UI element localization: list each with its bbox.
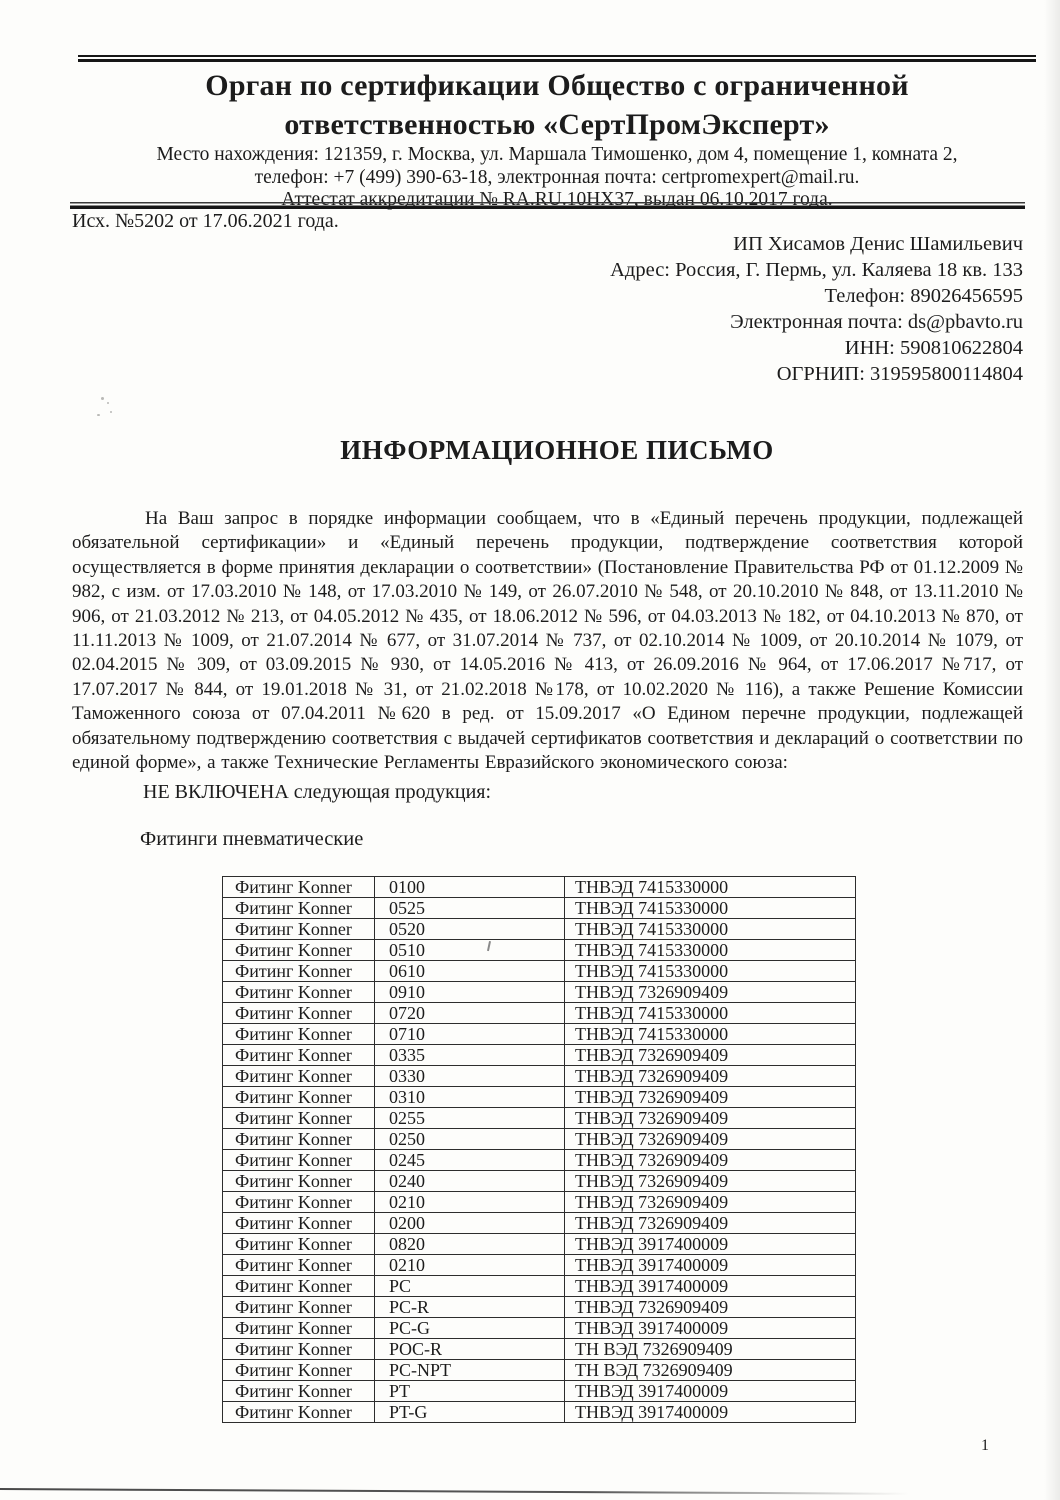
table-cell: Фитинг Konner <box>223 1339 375 1360</box>
table-cell: ТНВЭД 7326909409 <box>565 1087 856 1108</box>
table-row: Фитинг Konner0310ТНВЭД 7326909409 <box>223 1087 856 1108</box>
table-cell: Фитинг Konner <box>223 919 375 940</box>
table-cell: Фитинг Konner <box>223 1171 375 1192</box>
recipient-inn: ИНН: 590810622804 <box>463 335 1023 361</box>
table-row: Фитинг KonnerPOC-RТН ВЭД 7326909409 <box>223 1339 856 1360</box>
table-cell: Фитинг Konner <box>223 1087 375 1108</box>
table-cell: ТНВЭД 7415330000 <box>565 877 856 898</box>
table-cell: PC-NPT <box>375 1360 565 1381</box>
table-cell: 0520 <box>375 919 565 940</box>
table-cell: 0210 <box>375 1255 565 1276</box>
table-cell: Фитинг Konner <box>223 1234 375 1255</box>
table-row: Фитинг Konner0245ТНВЭД 7326909409 <box>223 1150 856 1171</box>
table-cell: ТНВЭД 7326909409 <box>565 1192 856 1213</box>
recipient-name: ИП Хисамов Денис Шамильевич <box>463 231 1023 257</box>
table-row: Фитинг Konner0330ТНВЭД 7326909409 <box>223 1066 856 1087</box>
table-cell: Фитинг Konner <box>223 1024 375 1045</box>
table-row: Фитинг Konner0720ТНВЭД 7415330000 <box>223 1003 856 1024</box>
table-cell: POC-R <box>375 1339 565 1360</box>
letterhead-bottom-rule <box>70 202 1025 209</box>
scan-bottom-edge-artifact <box>0 1488 909 1495</box>
table-row: Фитинг Konner0520ТНВЭД 7415330000 <box>223 919 856 940</box>
table-cell: 0610 <box>375 961 565 982</box>
table-cell: Фитинг Konner <box>223 1129 375 1150</box>
body-paragraph: На Ваш запрос в порядке информации сообщ… <box>72 507 1023 775</box>
table-cell: Фитинг Konner <box>223 940 375 961</box>
table-cell: Фитинг Konner <box>223 1297 375 1318</box>
table-cell: Фитинг Konner <box>223 1276 375 1297</box>
org-name-line1: Орган по сертификации Общество с огранич… <box>78 66 1036 105</box>
table-cell: 0310 <box>375 1087 565 1108</box>
table-cell: 0200 <box>375 1213 565 1234</box>
recipient-address: Адрес: Россия, Г. Пермь, ул. Каляева 18 … <box>463 257 1023 283</box>
letterhead: Орган по сертификации Общество с огранич… <box>78 66 1036 212</box>
table-cell: ТНВЭД 7415330000 <box>565 940 856 961</box>
table-row: Фитинг Konner0710ТНВЭД 7415330000 <box>223 1024 856 1045</box>
table-cell: 0335 <box>375 1045 565 1066</box>
org-name-line2: ответственностью «СертПромЭксперт» <box>78 105 1036 144</box>
table-cell: ТНВЭД 3917400009 <box>565 1402 856 1423</box>
table-cell: Фитинг Konner <box>223 877 375 898</box>
table-cell: Фитинг Konner <box>223 1318 375 1339</box>
table-row: Фитинг Konner0510ТНВЭД 7415330000 <box>223 940 856 961</box>
table-row: Фитинг Konner0820ТНВЭД 3917400009 <box>223 1234 856 1255</box>
scan-speck-artifact <box>97 414 100 416</box>
table-cell: ТНВЭД 3917400009 <box>565 1381 856 1402</box>
table-cell: 0240 <box>375 1171 565 1192</box>
table-row: Фитинг Konner0610ТНВЭД 7415330000 <box>223 961 856 982</box>
table-cell: ТНВЭД 7415330000 <box>565 961 856 982</box>
table-cell: Фитинг Konner <box>223 961 375 982</box>
table-cell: Фитинг Konner <box>223 1108 375 1129</box>
table-cell: ТНВЭД 7326909409 <box>565 1066 856 1087</box>
table-cell: Фитинг Konner <box>223 982 375 1003</box>
table-cell: 0525 <box>375 898 565 919</box>
not-included-line: НЕ ВКЛЮЧЕНА следующая продукция: <box>143 781 491 804</box>
table-cell: ТН ВЭД 7326909409 <box>565 1339 856 1360</box>
table-cell: Фитинг Konner <box>223 1402 375 1423</box>
table-cell: ТНВЭД 7415330000 <box>565 919 856 940</box>
table-row: Фитинг KonnerPC-RТНВЭД 7326909409 <box>223 1297 856 1318</box>
table-cell: 0710 <box>375 1024 565 1045</box>
table-row: Фитинг Konner0240ТНВЭД 7326909409 <box>223 1171 856 1192</box>
table-cell: ТНВЭД 3917400009 <box>565 1318 856 1339</box>
scan-speck-artifact <box>101 397 104 400</box>
table-cell: ТНВЭД 3917400009 <box>565 1276 856 1297</box>
table-row: Фитинг KonnerPCТНВЭД 3917400009 <box>223 1276 856 1297</box>
scan-speck-artifact <box>110 411 112 413</box>
table-cell: ТН ВЭД 7326909409 <box>565 1360 856 1381</box>
table-cell: Фитинг Konner <box>223 1360 375 1381</box>
table-row: Фитинг Konner0210ТНВЭД 7326909409 <box>223 1192 856 1213</box>
table-cell: ТНВЭД 7415330000 <box>565 1024 856 1045</box>
table-row: Фитинг Konner0210ТНВЭД 3917400009 <box>223 1255 856 1276</box>
table-cell: Фитинг Konner <box>223 1150 375 1171</box>
org-contact-line: телефон: +7 (499) 390-63-18, электронная… <box>78 167 1036 190</box>
table-cell: ТНВЭД 7326909409 <box>565 1108 856 1129</box>
table-cell: 0100 <box>375 877 565 898</box>
table-cell: Фитинг Konner <box>223 1255 375 1276</box>
table-row: Фитинг KonnerPC-GТНВЭД 3917400009 <box>223 1318 856 1339</box>
table-row: Фитинг Konner0250ТНВЭД 7326909409 <box>223 1129 856 1150</box>
recipient-block: ИП Хисамов Денис Шамильевич Адрес: Росси… <box>463 231 1023 387</box>
table-cell: 0255 <box>375 1108 565 1129</box>
outgoing-reference: Исх. №5202 от 17.06.2021 года. <box>72 210 339 233</box>
table-cell: PC <box>375 1276 565 1297</box>
table-row: Фитинг KonnerPTТНВЭД 3917400009 <box>223 1381 856 1402</box>
table-cell: 0250 <box>375 1129 565 1150</box>
table-cell: ТНВЭД 7326909409 <box>565 1045 856 1066</box>
table-row: Фитинг Konner0100ТНВЭД 7415330000 <box>223 877 856 898</box>
table-cell: ТНВЭД 7326909409 <box>565 982 856 1003</box>
table-cell: PC-G <box>375 1318 565 1339</box>
table-row: Фитинг KonnerPT-GТНВЭД 3917400009 <box>223 1402 856 1423</box>
page-number: 1 <box>981 1437 989 1455</box>
table-cell: ТНВЭД 7326909409 <box>565 1171 856 1192</box>
table-cell: 0245 <box>375 1150 565 1171</box>
letterhead-top-rule <box>78 55 1036 62</box>
scanned-letter-page: Орган по сертификации Общество с огранич… <box>0 0 1060 1500</box>
table-cell: 0330 <box>375 1066 565 1087</box>
table-row: Фитинг Konner0525ТНВЭД 7415330000 <box>223 898 856 919</box>
table-cell: Фитинг Konner <box>223 1003 375 1024</box>
table-cell: Фитинг Konner <box>223 1213 375 1234</box>
table-cell: ТНВЭД 3917400009 <box>565 1234 856 1255</box>
table-cell: PC-R <box>375 1297 565 1318</box>
table-cell: ТНВЭД 7326909409 <box>565 1213 856 1234</box>
table-cell: ТНВЭД 3917400009 <box>565 1255 856 1276</box>
table-row: Фитинг Konner0335ТНВЭД 7326909409 <box>223 1045 856 1066</box>
table-cell: Фитинг Konner <box>223 1381 375 1402</box>
table-cell: PT-G <box>375 1402 565 1423</box>
table-cell: ТНВЭД 7415330000 <box>565 1003 856 1024</box>
recipient-phone: Телефон: 89026456595 <box>463 283 1023 309</box>
table-row: Фитинг Konner0255ТНВЭД 7326909409 <box>223 1108 856 1129</box>
table-cell: ТНВЭД 7415330000 <box>565 898 856 919</box>
table-cell: Фитинг Konner <box>223 1066 375 1087</box>
table-cell: Фитинг Konner <box>223 1045 375 1066</box>
table-cell: ТНВЭД 7326909409 <box>565 1129 856 1150</box>
table-row: Фитинг KonnerPC-NPTТН ВЭД 7326909409 <box>223 1360 856 1381</box>
table-cell: ТНВЭД 7326909409 <box>565 1297 856 1318</box>
table-cell: 0910 <box>375 982 565 1003</box>
letter-title: ИНФОРМАЦИОННОЕ ПИСЬМО <box>78 435 1036 466</box>
table-cell: Фитинг Konner <box>223 898 375 919</box>
table-cell: 0820 <box>375 1234 565 1255</box>
org-location-line: Место нахождения: 121359, г. Москва, ул.… <box>78 144 1036 167</box>
table-cell: PT <box>375 1381 565 1402</box>
table-cell: 0510 <box>375 940 565 961</box>
recipient-ogrnip: ОГРНИП: 319595800114804 <box>463 361 1023 387</box>
table-cell: 0210 <box>375 1192 565 1213</box>
product-group-line: Фитинги пневматические <box>140 828 363 851</box>
products-table: Фитинг Konner0100ТНВЭД 7415330000Фитинг … <box>222 876 856 1423</box>
table-cell: Фитинг Konner <box>223 1192 375 1213</box>
table-row: Фитинг Konner0910ТНВЭД 7326909409 <box>223 982 856 1003</box>
recipient-email: Электронная почта: ds@pbavto.ru <box>463 309 1023 335</box>
table-cell: ТНВЭД 7326909409 <box>565 1150 856 1171</box>
table-row: Фитинг Konner0200ТНВЭД 7326909409 <box>223 1213 856 1234</box>
table-cell: 0720 <box>375 1003 565 1024</box>
scan-speck-artifact <box>107 402 109 404</box>
